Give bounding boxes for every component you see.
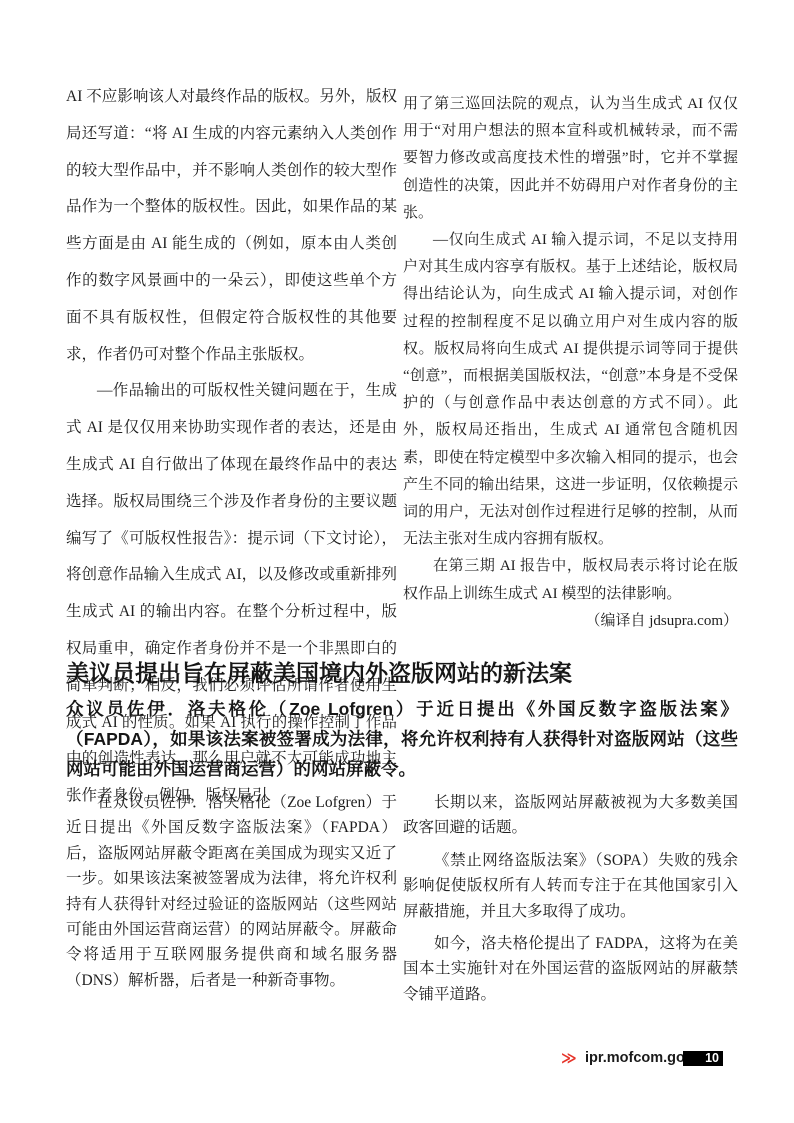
article2-lead-paragraph: 众议员佐伊．洛夫格伦（Zoe Lofgren）于近日提出《外国反数字盗版法案》（… xyxy=(66,694,738,784)
source-credit-line: （编译自 jdsupra.com） xyxy=(403,608,738,635)
article2-paragraph: 《禁止网络盗版法案》（SOPA）失败的残余影响促使版权所有人转而专注于在其他国家… xyxy=(403,848,738,924)
document-page: AI 不应影响该人对最终作品的版权。另外，版权局还写道：“将 AI 生成的内容元… xyxy=(0,0,794,1123)
article1-right-column: 用了第三巡回法院的观点，认为当生成式 AI 仅仅用于“对用户想法的照本宣科或机械… xyxy=(403,91,738,635)
article1-paragraph: 在第三期 AI 报告中，版权局表示将讨论在版权作品上训练生成式 AI 模型的法律… xyxy=(403,553,738,607)
double-chevron-icon: ≫ xyxy=(561,1049,575,1067)
page-number-badge: 10 xyxy=(683,1051,723,1066)
page-footer: ≫ ipr.mofcom.gov.cn 10 xyxy=(0,1048,794,1070)
article2-paragraph: 在众议员佐伊．洛夫格伦（Zoe Lofgren）于近日提出《外国反数字盗版法案》… xyxy=(66,790,397,993)
article2-title: 美议员提出旨在屏蔽美国境内外盗版网站的新法案 xyxy=(66,658,738,688)
article1-paragraph: —仅向生成式 AI 输入提示词，不足以支持用户对其生成内容享有版权。基于上述结论… xyxy=(403,227,738,553)
article2-left-column: 在众议员佐伊．洛夫格伦（Zoe Lofgren）于近日提出《外国反数字盗版法案》… xyxy=(66,790,397,993)
article2-header: 美议员提出旨在屏蔽美国境内外盗版网站的新法案 众议员佐伊．洛夫格伦（Zoe Lo… xyxy=(66,658,738,784)
article2-paragraph: 长期以来，盗版网站屏蔽被视为大多数美国政客回避的话题。 xyxy=(403,790,738,841)
article1-paragraph-continuation: 用了第三巡回法院的观点，认为当生成式 AI 仅仅用于“对用户想法的照本宣科或机械… xyxy=(403,91,738,227)
article1-paragraph-continuation: AI 不应影响该人对最终作品的版权。另外，版权局还写道：“将 AI 生成的内容元… xyxy=(66,79,397,373)
article2-paragraph: 如今，洛夫格伦提出了 FADPA，这将为在美国本土实施针对在外国运营的盗版网站的… xyxy=(403,931,738,1007)
article2-right-column: 长期以来，盗版网站屏蔽被视为大多数美国政客回避的话题。 《禁止网络盗版法案》（S… xyxy=(403,790,738,1007)
